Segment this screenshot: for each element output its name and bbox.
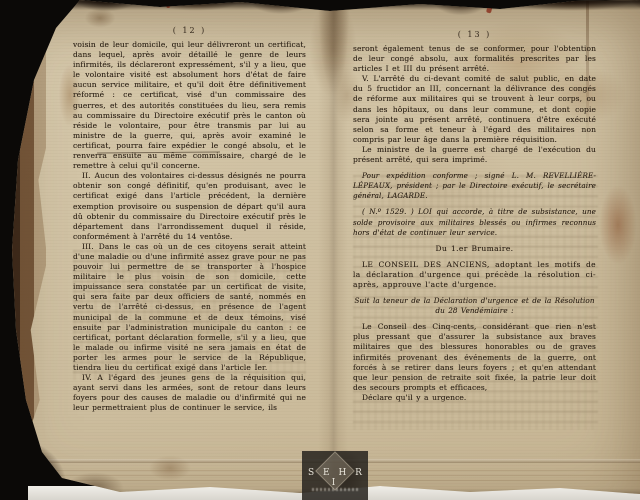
paragraph: Le ministre de la guerre est chargé de l…	[353, 145, 596, 165]
torn-top-edge	[66, 0, 640, 26]
red-ink-mark	[166, 1, 171, 8]
watermark-label: S E H R I	[302, 468, 368, 488]
paper-sheet: ( 12 ) voisin de leur domicile, qui leur…	[0, 0, 640, 500]
paragraph: II. Aucun des volontaires ci-dessus dési…	[73, 171, 306, 242]
left-page: ( 12 ) voisin de leur domicile, qui leur…	[73, 26, 306, 413]
paragraph: IV. A l'égard des jeunes gens de la réqu…	[73, 373, 306, 413]
paragraph: V. L'arrêté du ci-devant comité de salut…	[353, 74, 596, 145]
page-number: ( 13 )	[353, 30, 596, 39]
closing-line: Déclare qu'il y a urgence.	[353, 393, 596, 403]
sehri-watermark: S E H R I	[302, 451, 368, 500]
signature-block: Pour expédition conforme ; signé L. M. R…	[353, 171, 596, 201]
date-line: Du 1.er Brumaire.	[353, 244, 596, 254]
paragraph: III. Dans le cas où un de ces citoyens s…	[73, 242, 306, 373]
paragraph: Le Conseil des Cinq-cents, considérant q…	[353, 322, 596, 393]
scanned-document-photo: ( 12 ) voisin de leur domicile, qui leur…	[0, 0, 640, 500]
paragraph: LE CONSEIL DES ANCIENS, adoptant les mot…	[353, 260, 596, 290]
subheading: Suit la teneur de la Déclaration d'urgen…	[353, 296, 596, 316]
watermark-subtext-bar	[312, 488, 358, 491]
law-title: ( N.º 1529. ) LOI qui accorde, à titre d…	[353, 207, 596, 237]
page-number: ( 12 )	[73, 26, 306, 35]
right-page: ( 13 ) seront également tenus de se conf…	[353, 30, 596, 403]
paragraph: seront également tenus de se conformer, …	[353, 44, 596, 74]
